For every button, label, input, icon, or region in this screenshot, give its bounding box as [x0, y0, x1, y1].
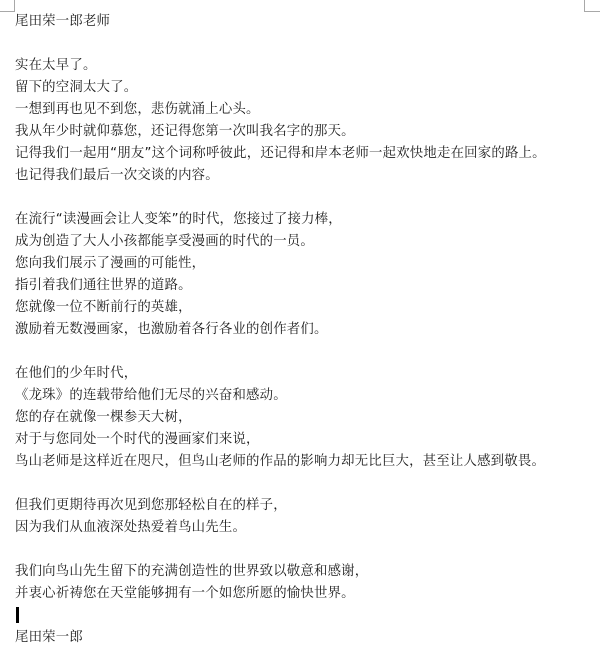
text-line: 我从年少时就仰慕您，还记得您第一次叫我名字的那天。 [15, 121, 595, 143]
paragraph-3: 在他们的少年时代， 《龙珠》的连载带给他们无尽的兴奋和感动。 您的存在就像一棵参… [15, 363, 595, 473]
salutation: 尾田荣一郎老师 [15, 11, 595, 33]
blank-line [15, 539, 595, 561]
paragraph-1: 实在太早了。 留下的空洞太大了。 一想到再也见不到您，悲伤就涌上心头。 我从年少… [15, 55, 595, 187]
document-page[interactable]: 尾田荣一郎老师 实在太早了。 留下的空洞太大了。 一想到再也见不到您，悲伤就涌上… [0, 0, 600, 657]
text-line: 激励着无数漫画家，也激励着各行各业的创作者们。 [15, 319, 595, 341]
margin-corner-mark-top-left [0, 0, 15, 12]
paragraph-2: 在流行“读漫画会让人变笨”的时代，您接过了接力棒， 成为创造了大人小孩都能享受漫… [15, 209, 595, 341]
paragraph-4: 但我们更期待再次见到您那轻松自在的样子， 因为我们从血液深处热爱着鸟山先生。 [15, 495, 595, 539]
text-line: 在他们的少年时代， [15, 363, 595, 385]
text-line: 指引着我们通往世界的道路。 [15, 275, 595, 297]
blank-line [15, 473, 595, 495]
blank-line [15, 33, 595, 55]
paragraph-5: 我们向鸟山先生留下的充满创造性的世界致以敬意和感谢， 并衷心祈祷您在天堂能够拥有… [15, 561, 595, 605]
signature: 尾田荣一郎 [15, 627, 595, 649]
text-line: 也记得我们最后一次交谈的内容。 [15, 165, 595, 187]
text-line: 一想到再也见不到您，悲伤就涌上心头。 [15, 99, 595, 121]
text-line: 因为我们从血液深处热爱着鸟山先生。 [15, 517, 595, 539]
text-line: 鸟山老师是这样近在咫尺，但鸟山老师的作品的影响力却无比巨大，甚至让人感到敬畏。 [15, 451, 595, 473]
text-line: 留下的空洞太大了。 [15, 77, 595, 99]
text-line: 您就像一位不断前行的英雄， [15, 297, 595, 319]
blank-line [15, 187, 595, 209]
text-cursor [16, 607, 19, 623]
text-line: 并衷心祈祷您在天堂能够拥有一个如您所愿的愉快世界。 [15, 583, 595, 605]
cursor-line[interactable] [15, 605, 595, 627]
text-line: 成为创造了大人小孩都能享受漫画的时代的一员。 [15, 231, 595, 253]
blank-line [15, 341, 595, 363]
text-line: 对于与您同处一个时代的漫画家们来说， [15, 429, 595, 451]
document-body[interactable]: 尾田荣一郎老师 实在太早了。 留下的空洞太大了。 一想到再也见不到您，悲伤就涌上… [15, 11, 595, 649]
text-line: 我们向鸟山先生留下的充满创造性的世界致以敬意和感谢， [15, 561, 595, 583]
text-line: 实在太早了。 [15, 55, 595, 77]
text-line: 《龙珠》的连载带给他们无尽的兴奋和感动。 [15, 385, 595, 407]
text-line: 在流行“读漫画会让人变笨”的时代，您接过了接力棒， [15, 209, 595, 231]
text-line: 您的存在就像一棵参天大树， [15, 407, 595, 429]
text-line: 您向我们展示了漫画的可能性， [15, 253, 595, 275]
text-line: 但我们更期待再次见到您那轻松自在的样子， [15, 495, 595, 517]
text-line: 记得我们一起用“朋友”这个词称呼彼此，还记得和岸本老师一起欢快地走在回家的路上。 [15, 143, 595, 165]
